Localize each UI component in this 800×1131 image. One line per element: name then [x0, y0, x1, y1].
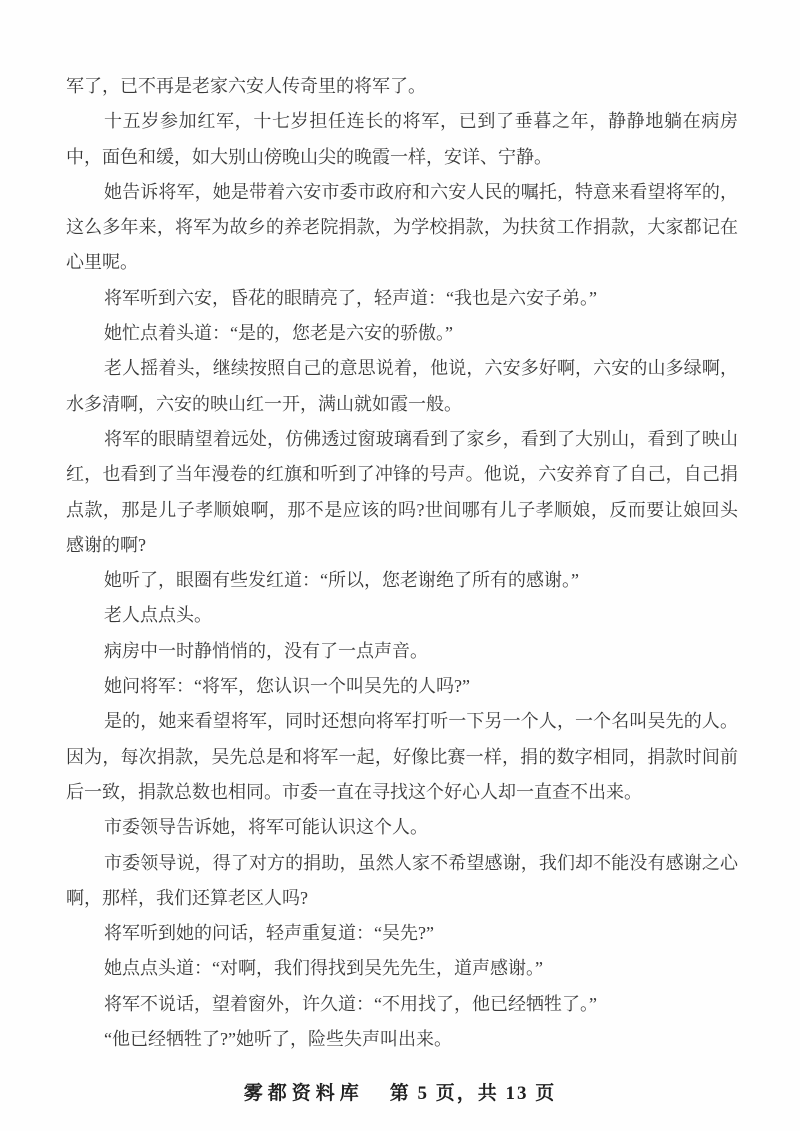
document-page: 军了，已不再是老家六安人传奇里的将军了。 十五岁参加红军，十七岁担任连长的将军，…: [0, 0, 800, 1131]
text-line: 将军的眼睛望着远处，仿佛透过窗玻璃看到了家乡，看到了大别山，看到了映山: [66, 422, 738, 457]
text-line: 心里呢。: [66, 245, 738, 280]
text-line: 老人摇着头，继续按照自己的意思说着，他说，六安多好啊，六安的山多绿啊，: [66, 351, 738, 386]
text-line: 因为，每次捐款，吴先总是和将军一起，好像比赛一样，捐的数字相同，捐款时间前: [66, 740, 738, 775]
text-line: 后一致，捐款总数也相同。市委一直在寻找这个好心人却一直查不出来。: [66, 775, 738, 810]
text-line: 是的，她来看望将军，同时还想向将军打听一下另一个人，一个名叫吴先的人。: [66, 704, 738, 739]
text-line: 老人点点头。: [66, 598, 738, 633]
document-body: 军了，已不再是老家六安人传奇里的将军了。 十五岁参加红军，十七岁担任连长的将军，…: [66, 69, 738, 1057]
text-line: 十五岁参加红军，十七岁担任连长的将军，已到了垂暮之年，静静地躺在病房: [66, 104, 738, 139]
text-line: 她听了，眼圈有些发红道：“所以，您老谢绝了所有的感谢。”: [66, 563, 738, 598]
text-line: 病房中一时静悄悄的，没有了一点声音。: [66, 634, 738, 669]
text-line: 红，也看到了当年漫卷的红旗和听到了冲锋的号声。他说，六安养育了自己，自己捐: [66, 457, 738, 492]
text-line: 感谢的啊?: [66, 528, 738, 563]
text-line: 将军不说话，望着窗外，许久道：“不用找了，他已经牺牲了。”: [66, 987, 738, 1022]
text-line: 军了，已不再是老家六安人传奇里的将军了。: [66, 69, 738, 104]
text-line: 市委领导告诉她，将军可能认识这个人。: [66, 810, 738, 845]
text-line: 水多清啊，六安的映山红一开，满山就如霞一般。: [66, 387, 738, 422]
text-line: 她告诉将军，她是带着六安市委市政府和六安人民的嘱托，特意来看望将军的，: [66, 175, 738, 210]
page-footer: 雾都资料库 第 5 页，共 13 页: [0, 1082, 800, 1106]
text-line: 这么多年来，将军为故乡的养老院捐款，为学校捐款，为扶贫工作捐款，大家都记在: [66, 210, 738, 245]
text-line: 啊，那样，我们还算老区人吗?: [66, 881, 738, 916]
text-line: 将军听到六安，昏花的眼睛亮了，轻声道：“我也是六安子弟。”: [66, 281, 738, 316]
footer-page-number: 第 5 页，共 13 页: [390, 1082, 557, 1106]
footer-site-name: 雾都资料库: [244, 1082, 364, 1106]
text-line: 市委领导说，得了对方的捐助，虽然人家不希望感谢，我们却不能没有感谢之心: [66, 846, 738, 881]
text-line: 她问将军：“将军，您认识一个叫吴先的人吗?”: [66, 669, 738, 704]
text-line: 中，面色和缓，如大别山傍晚山尖的晚霞一样，安详、宁静。: [66, 140, 738, 175]
text-line: 将军听到她的问话，轻声重复道：“吴先?”: [66, 916, 738, 951]
text-line: “他已经牺牲了?”她听了，险些失声叫出来。: [66, 1022, 738, 1057]
text-line: 她点点头道：“对啊，我们得找到吴先先生，道声感谢。”: [66, 951, 738, 986]
text-line: 点款，那是儿子孝顺娘啊，那不是应该的吗?世间哪有儿子孝顺娘，反而要让娘回头: [66, 493, 738, 528]
text-line: 她忙点着头道：“是的，您老是六安的骄傲。”: [66, 316, 738, 351]
